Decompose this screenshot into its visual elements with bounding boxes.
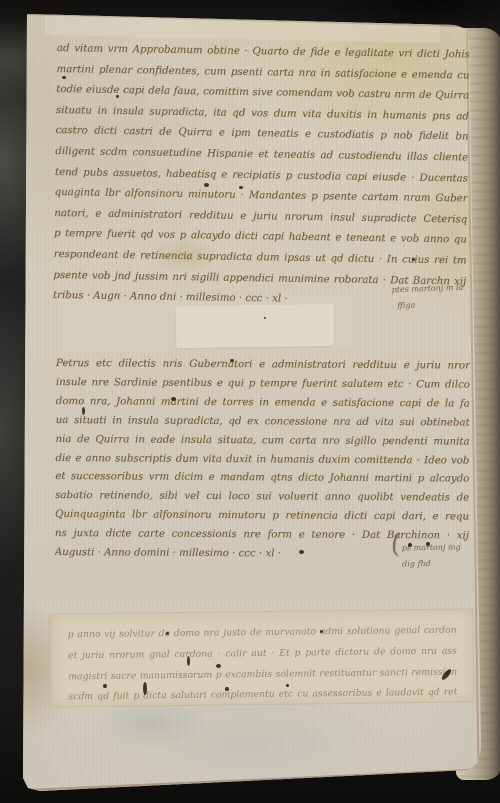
- ink-blot: [82, 407, 85, 415]
- ink-blot: [286, 684, 289, 687]
- manuscript-line: nia de Quirra in eade insula situata, cu…: [55, 431, 469, 452]
- ink-blot: [230, 359, 234, 362]
- manuscript-line: et successoribus vrm dicim e mandam qtns…: [55, 468, 469, 489]
- ink-blot: [62, 76, 66, 79]
- ink-blot: [116, 95, 119, 98]
- signature-flourish-icon: (: [390, 536, 402, 553]
- manuscript-line: sabatio retinendo, sibi vel cui loco sui…: [55, 487, 469, 508]
- repair-patch: [45, 7, 440, 43]
- manuscript-line: Petrus etc dilectis nris Gubernatori e a…: [56, 355, 470, 376]
- manuscript-line: domo nra, Johanni martini de torres in e…: [56, 393, 470, 414]
- letter-1: ad vitam vrm Approbamum obtine · Quarto …: [53, 39, 470, 313]
- manuscript-line: ua situati in insula supradicta, qd ex c…: [56, 412, 470, 433]
- ink-blot: [264, 317, 266, 319]
- page-bottom-edge: [29, 769, 472, 791]
- ink-blot: [426, 542, 430, 546]
- signature-line: dig fhd: [402, 555, 461, 572]
- ink-blot: [216, 664, 221, 668]
- ink-blot: [166, 632, 169, 635]
- manuscript-line: Quinquaginta lbr alfonsinoru minutoru p …: [55, 506, 469, 527]
- note-line: scdm qd fuit p dicta salutari complement…: [68, 683, 457, 709]
- ink-blot: [225, 687, 229, 691]
- signature-line: ffiga: [392, 296, 464, 314]
- signature-line: ptes martonj m la: [391, 280, 463, 298]
- ink-blot: [103, 684, 107, 688]
- photo-background: ad vitam vrm Approbamum obtine · Quarto …: [0, 0, 500, 803]
- ink-blot: [412, 258, 415, 261]
- manuscript-line: die e anno subscriptis dum vita duxit in…: [55, 450, 469, 471]
- ink-blot: [143, 682, 147, 695]
- ink-blot: [171, 397, 176, 401]
- ink-blot: [204, 183, 209, 187]
- chancery-signature-1: ptes martonj m la ffiga: [391, 280, 464, 314]
- ink-blot: [320, 630, 323, 633]
- ink-blot: [299, 550, 304, 554]
- ink-blot: [239, 186, 243, 189]
- page-left-edge: [20, 13, 27, 786]
- marginal-note: p anno vij solvitur de domo nra justo de…: [68, 621, 458, 709]
- marginal-note-slip: p anno vij solvitur de domo nra justo de…: [49, 608, 474, 707]
- signature-line: ps martonj mg: [402, 539, 461, 556]
- letter-2: Petrus etc dilectis nris Gubernatori e a…: [55, 355, 470, 565]
- manuscript-line: insule nre Sardinie psentibus e qui p te…: [56, 374, 470, 395]
- ink-blot: [408, 543, 412, 547]
- manuscript-page: ad vitam vrm Approbamum obtine · Quarto …: [0, 0, 500, 803]
- ink-blot: [187, 656, 190, 666]
